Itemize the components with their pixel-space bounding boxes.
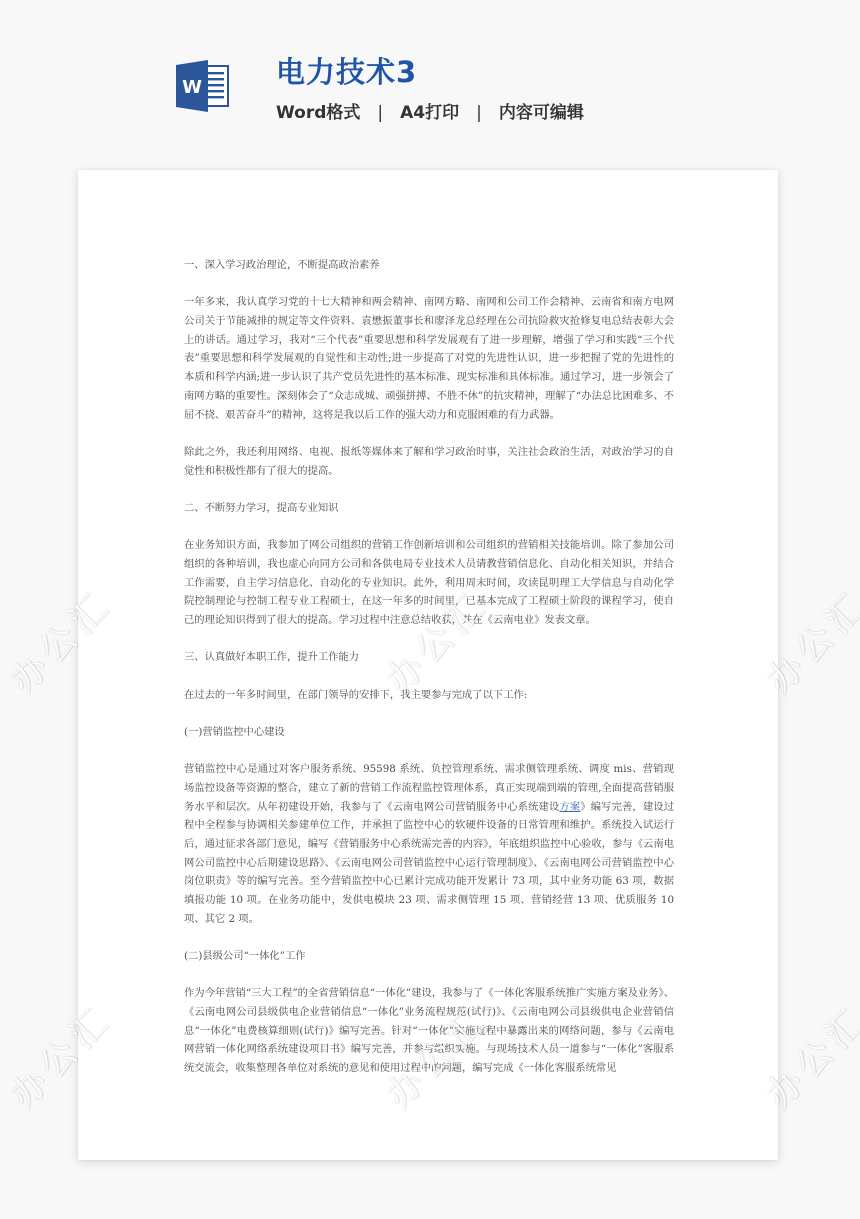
document-format-info: Word格式 | A4打印 | 内容可编辑: [276, 101, 584, 125]
separator: |: [377, 101, 383, 125]
document-page: 一、深入学习政治理论，不断提高政治素养 一年多来，我认真学习党的十七大精神和两会…: [78, 170, 778, 1160]
print-label: A4打印: [400, 101, 459, 125]
paragraph: 一年多来，我认真学习党的十七大精神和两会精神、南网方略、南网和公司工作会精神、云…: [184, 293, 674, 424]
paragraph: 除此之外，我还利用网络、电视、报纸等媒体来了解和学习政治时事，关注社会政治生活，…: [184, 443, 674, 480]
paragraph: 在业务知识方面，我参加了网公司组织的营销工作创新培训和公司组织的营销相关技能培训…: [184, 536, 674, 630]
section-heading-1: 一、深入学习政治理论，不断提高政治素养: [184, 256, 674, 275]
paragraph-text: 》编写完善，建设过程中全程参与协调相关参建单位工作，并承担了监控中心的软硬件设备…: [184, 801, 674, 925]
section-heading-3: 三、认真做好本职工作，提升工作能力: [184, 648, 674, 667]
paragraph: 作为今年营销“三大工程”的全省营销信息“一体化”建设，我参与了《一体化客服系统推…: [184, 984, 674, 1078]
document-content: 一、深入学习政治理论，不断提高政治素养 一年多来，我认真学习党的十七大精神和两会…: [184, 256, 674, 1096]
format-label: Word格式: [276, 101, 360, 125]
paragraph: 在过去的一年多时间里，在部门领导的安排下，我主要参与完成了以下工作:: [184, 686, 674, 705]
plan-link[interactable]: 方案: [559, 801, 580, 813]
word-document-icon: W: [175, 60, 231, 112]
section-heading-2: 二、不断努力学习，提高专业知识: [184, 499, 674, 518]
separator: |: [476, 101, 482, 125]
document-header: W 电力技术3 Word格式 | A4打印 | 内容可编辑: [0, 0, 860, 160]
editable-label: 内容可编辑: [499, 101, 584, 125]
subsection-heading-2: (二)县级公司“一体化”工作: [184, 947, 674, 966]
paragraph-with-link: 营销监控中心是通过对客户服务系统、95598 系统、负控管理系统、需求侧管理系统…: [184, 760, 674, 928]
svg-text:W: W: [182, 77, 202, 98]
subsection-heading-1: (一)营销监控中心建设: [184, 723, 674, 742]
document-title: 电力技术3: [276, 54, 417, 90]
